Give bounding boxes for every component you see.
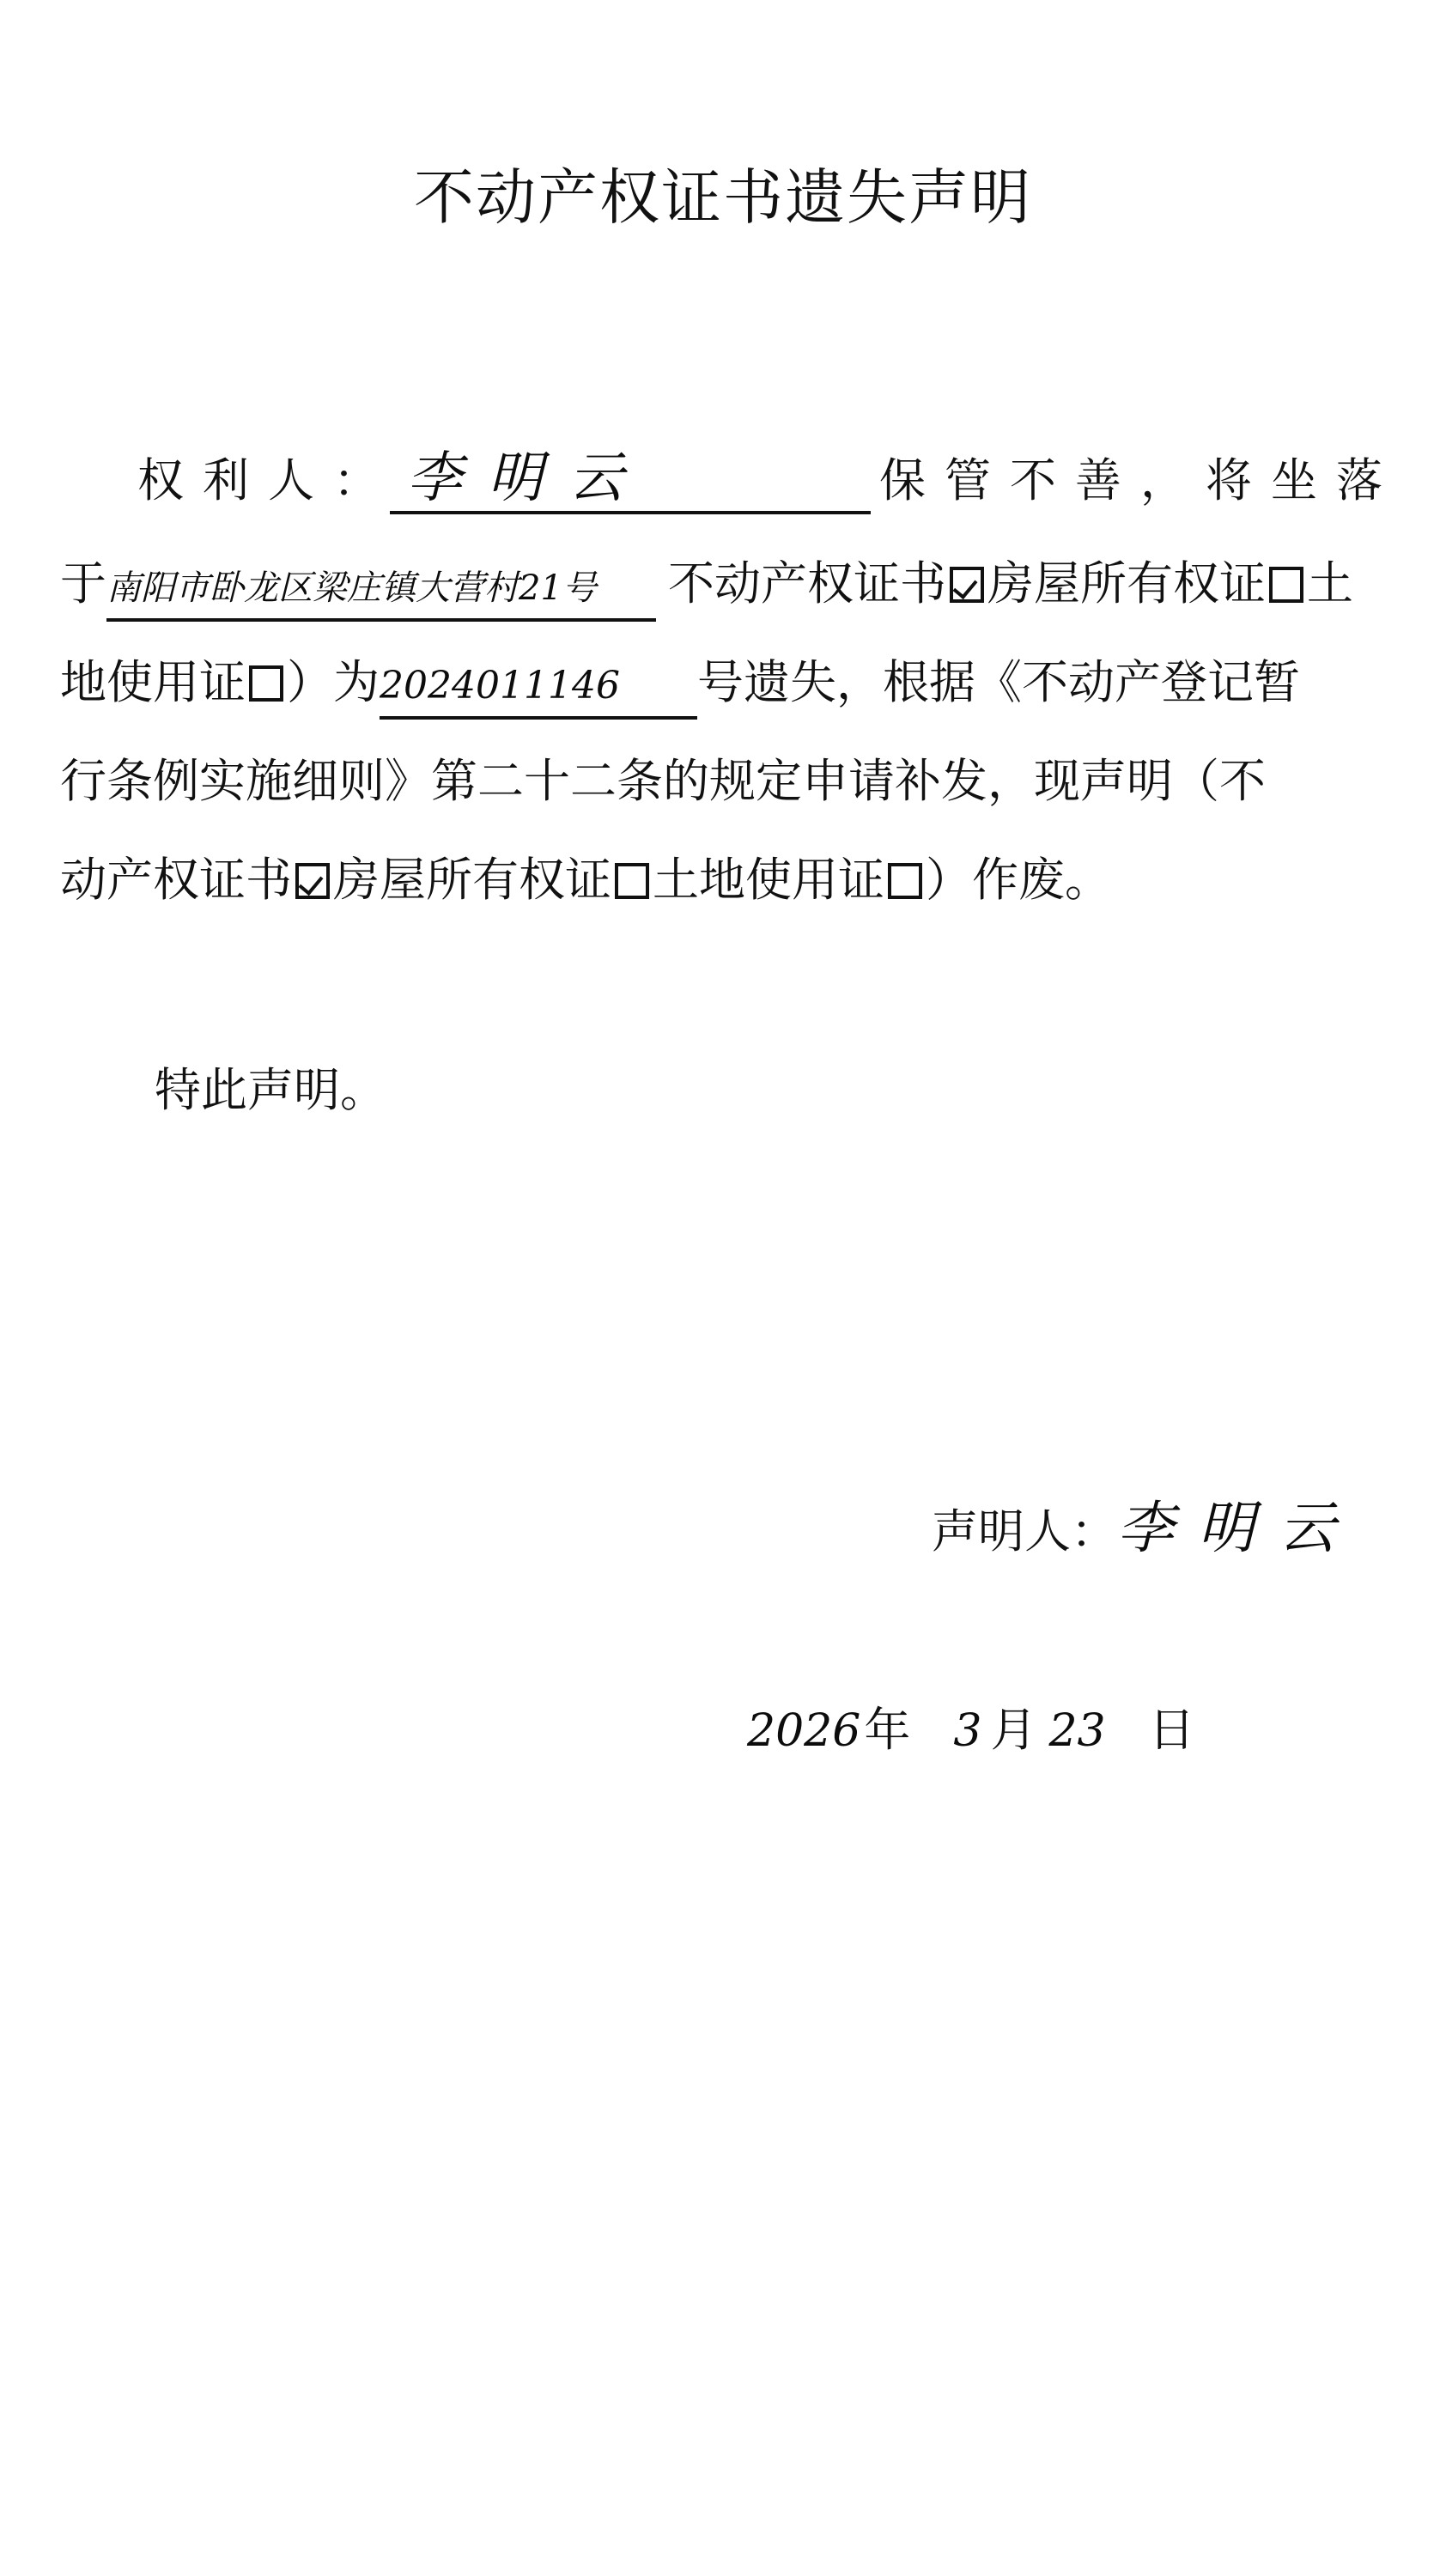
line2-tail: 土 bbox=[1307, 556, 1353, 611]
cert-number-field: 2024011146 bbox=[380, 653, 697, 720]
closing-statement: 特此声明。 bbox=[155, 1056, 386, 1125]
line5-end: ）作废。 bbox=[926, 853, 1111, 907]
paragraph-line-2: 于南阳市卧龙区梁庄镇大营村21号不动产权证书房屋所有权证土 bbox=[60, 550, 1353, 622]
paragraph-line-4: 行条例实施细则》第二十二条的规定申请补发，现声明（不 bbox=[60, 747, 1266, 816]
document-title: 不动产权证书遗失声明 bbox=[0, 155, 1446, 240]
cert-number-handwritten: 2024011146 bbox=[380, 664, 620, 708]
line5-cert-a: 动产权证书 bbox=[60, 853, 292, 907]
cert-option-2-label: 房屋所有权证 bbox=[987, 556, 1266, 611]
checkbox-real-estate-cert[interactable] bbox=[950, 567, 984, 603]
line4-text: 行条例实施细则》第二十二条的规定申请补发，现声明（不 bbox=[60, 754, 1266, 808]
declarant-label: 声明人： bbox=[932, 1504, 1117, 1558]
checkbox-house-ownership-cert[interactable] bbox=[1269, 567, 1303, 603]
date-month: 3 bbox=[953, 1705, 981, 1757]
close-paren-for: ）为 bbox=[287, 655, 380, 709]
void-checkbox-real-estate-cert[interactable] bbox=[295, 863, 330, 899]
line5-cert-c: 土地使用证 bbox=[653, 853, 884, 907]
void-checkbox-house-ownership-cert[interactable] bbox=[615, 863, 649, 899]
address-handwritten: 南阳市卧龙区梁庄镇大营村21号 bbox=[106, 568, 597, 608]
after-owner-text: 保管不善，将坐落 bbox=[879, 453, 1401, 507]
line5-cert-b: 房屋所有权证 bbox=[333, 853, 611, 907]
paragraph-line-5: 动产权证书房屋所有权证土地使用证）作废。 bbox=[60, 846, 1111, 914]
declarant-row: 声明人：李明云 bbox=[932, 1494, 1359, 1566]
checkbox-land-use-cert[interactable] bbox=[249, 665, 283, 702]
declarant-signature: 李明云 bbox=[1117, 1495, 1359, 1561]
address-field: 南阳市卧龙区梁庄镇大营村21号 bbox=[106, 554, 656, 622]
paragraph-line-1: 权利人：李明云保管不善，将坐落 bbox=[137, 447, 1401, 515]
owner-name-handwritten: 李明云 bbox=[390, 447, 649, 510]
after-number-text: 号遗失，根据《不动产登记暂 bbox=[697, 655, 1300, 709]
line3-head: 地使用证 bbox=[60, 655, 246, 709]
cert-option-1-label: 不动产权证书 bbox=[668, 556, 946, 611]
date-row: 2026年3月23日 bbox=[747, 1696, 1195, 1765]
date-month-unit: 月 bbox=[990, 1703, 1036, 1757]
void-checkbox-land-use-cert[interactable] bbox=[888, 863, 922, 899]
date-year-unit: 年 bbox=[864, 1703, 910, 1757]
date-year: 2026 bbox=[747, 1705, 860, 1757]
owner-label: 权利人： bbox=[137, 453, 398, 507]
paragraph-line-3: 地使用证）为2024011146号遗失，根据《不动产登记暂 bbox=[60, 648, 1300, 720]
owner-name-field: 李明云 bbox=[390, 448, 871, 514]
date-day-unit: 日 bbox=[1149, 1703, 1195, 1757]
date-day: 23 bbox=[1048, 1705, 1105, 1757]
located-prefix: 于 bbox=[60, 556, 106, 611]
